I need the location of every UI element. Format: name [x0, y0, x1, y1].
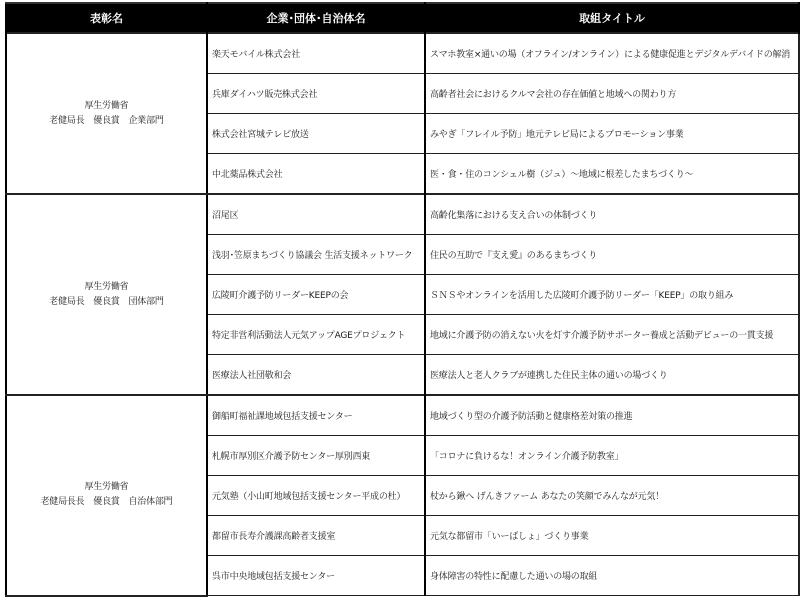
organization-cell: 沼尾区	[207, 194, 425, 235]
organization-cell: 元気塾（小山町地域包括支援センター平成の杜）	[207, 476, 425, 516]
award-cell-municipality: 厚生労働省 老健局長長 優良賞 自治体部門	[6, 395, 207, 596]
organization-cell: 医療法人社団敬和会	[207, 355, 425, 396]
organization-cell: 楽天モバイル株式会社	[207, 33, 425, 74]
title-cell: 「コロナに負けるな！オンライン介護予防教室」	[425, 436, 799, 476]
title-cell: 身体障害の特性に配慮した通いの場の取組	[425, 556, 799, 596]
organization-cell: 都留市長寿介護課高齢者支援室	[207, 516, 425, 556]
header-title: 取組タイトル	[425, 3, 799, 33]
award-cell-corporate: 厚生労働省 老健局長 優良賞 企業部門	[6, 33, 207, 194]
table-row: 厚生労働省 老健局長長 優良賞 自治体部門 御船町福祉課地域包括支援センター 地…	[6, 395, 799, 436]
organization-cell: 浅羽･笠原まちづくり協議会 生活支援ネットワーク	[207, 235, 425, 275]
organization-cell: 特定非営利活動法人元気アップAGEプロジェクト	[207, 315, 425, 355]
title-cell: 住民の互助で『支え愛』のあるまちづくり	[425, 235, 799, 275]
header-organization: 企業･団体･自治体名	[207, 3, 425, 33]
organization-cell: 札幌市厚別区介護予防センター厚別西東	[207, 436, 425, 476]
title-cell: 高齢化集落における支え合いの体制づくり	[425, 194, 799, 235]
header-row: 表彰名 企業･団体･自治体名 取組タイトル	[6, 3, 799, 33]
title-cell: 医・食・住のコンシェル樹（ジュ）～地域に根差したまちづくり～	[425, 154, 799, 195]
organization-cell: 御船町福祉課地域包括支援センター	[207, 395, 425, 436]
award-cell-group: 厚生労働省 老健局長 優良賞 団体部門	[6, 194, 207, 395]
title-cell: 地域づくり型の介護予防活動と健康格差対策の推進	[425, 395, 799, 436]
title-cell: ＳＮＳやオンラインを活用した広陵町介護予防リーダー「KEEP」の取り組み	[425, 275, 799, 315]
organization-cell: 株式会社宮城テレビ放送	[207, 114, 425, 154]
award-category: 老健局長 優良賞 企業部門	[7, 114, 206, 129]
awards-table: 表彰名 企業･団体･自治体名 取組タイトル 厚生労働省 老健局長 優良賞 企業部…	[5, 2, 800, 597]
award-category: 老健局長長 優良賞 自治体部門	[7, 495, 206, 510]
title-cell: 高齢者社会におけるクルマ会社の存在価値と地域への関わり方	[425, 74, 799, 114]
title-cell: みやぎ「フレイル予防」地元テレビ局によるプロモーション事業	[425, 114, 799, 154]
table-row: 厚生労働省 老健局長 優良賞 企業部門 楽天モバイル株式会社 スマホ教室×通いの…	[6, 33, 799, 74]
header-award: 表彰名	[6, 3, 207, 33]
award-ministry: 厚生労働省	[7, 280, 206, 295]
award-ministry: 厚生労働省	[7, 480, 206, 495]
title-cell: 地域に介護予防の消えない火を灯す介護予防サポーター養成と活動デビューの一貫支援	[425, 315, 799, 355]
title-cell: 杖から鍬へ げんきファーム あなたの笑顔でみんなが元気！	[425, 476, 799, 516]
organization-cell: 広陵町介護予防リーダーKEEPの会	[207, 275, 425, 315]
organization-cell: 兵庫ダイハツ販売株式会社	[207, 74, 425, 114]
table-row: 厚生労働省 老健局長 優良賞 団体部門 沼尾区 高齢化集落における支え合いの体制…	[6, 194, 799, 235]
organization-cell: 中北薬品株式会社	[207, 154, 425, 195]
award-category: 老健局長 優良賞 団体部門	[7, 295, 206, 310]
organization-cell: 呉市中央地域包括支援センター	[207, 556, 425, 596]
title-cell: スマホ教室×通いの場（オフライン/オンライン）による健康促進とデジタルデバイドの…	[425, 33, 799, 74]
title-cell: 医療法人と老人クラブが連携した住民主体の通いの場づくり	[425, 355, 799, 396]
title-cell: 元気な都留市「いーばしょ」づくり事業	[425, 516, 799, 556]
award-ministry: 厚生労働省	[7, 99, 206, 114]
